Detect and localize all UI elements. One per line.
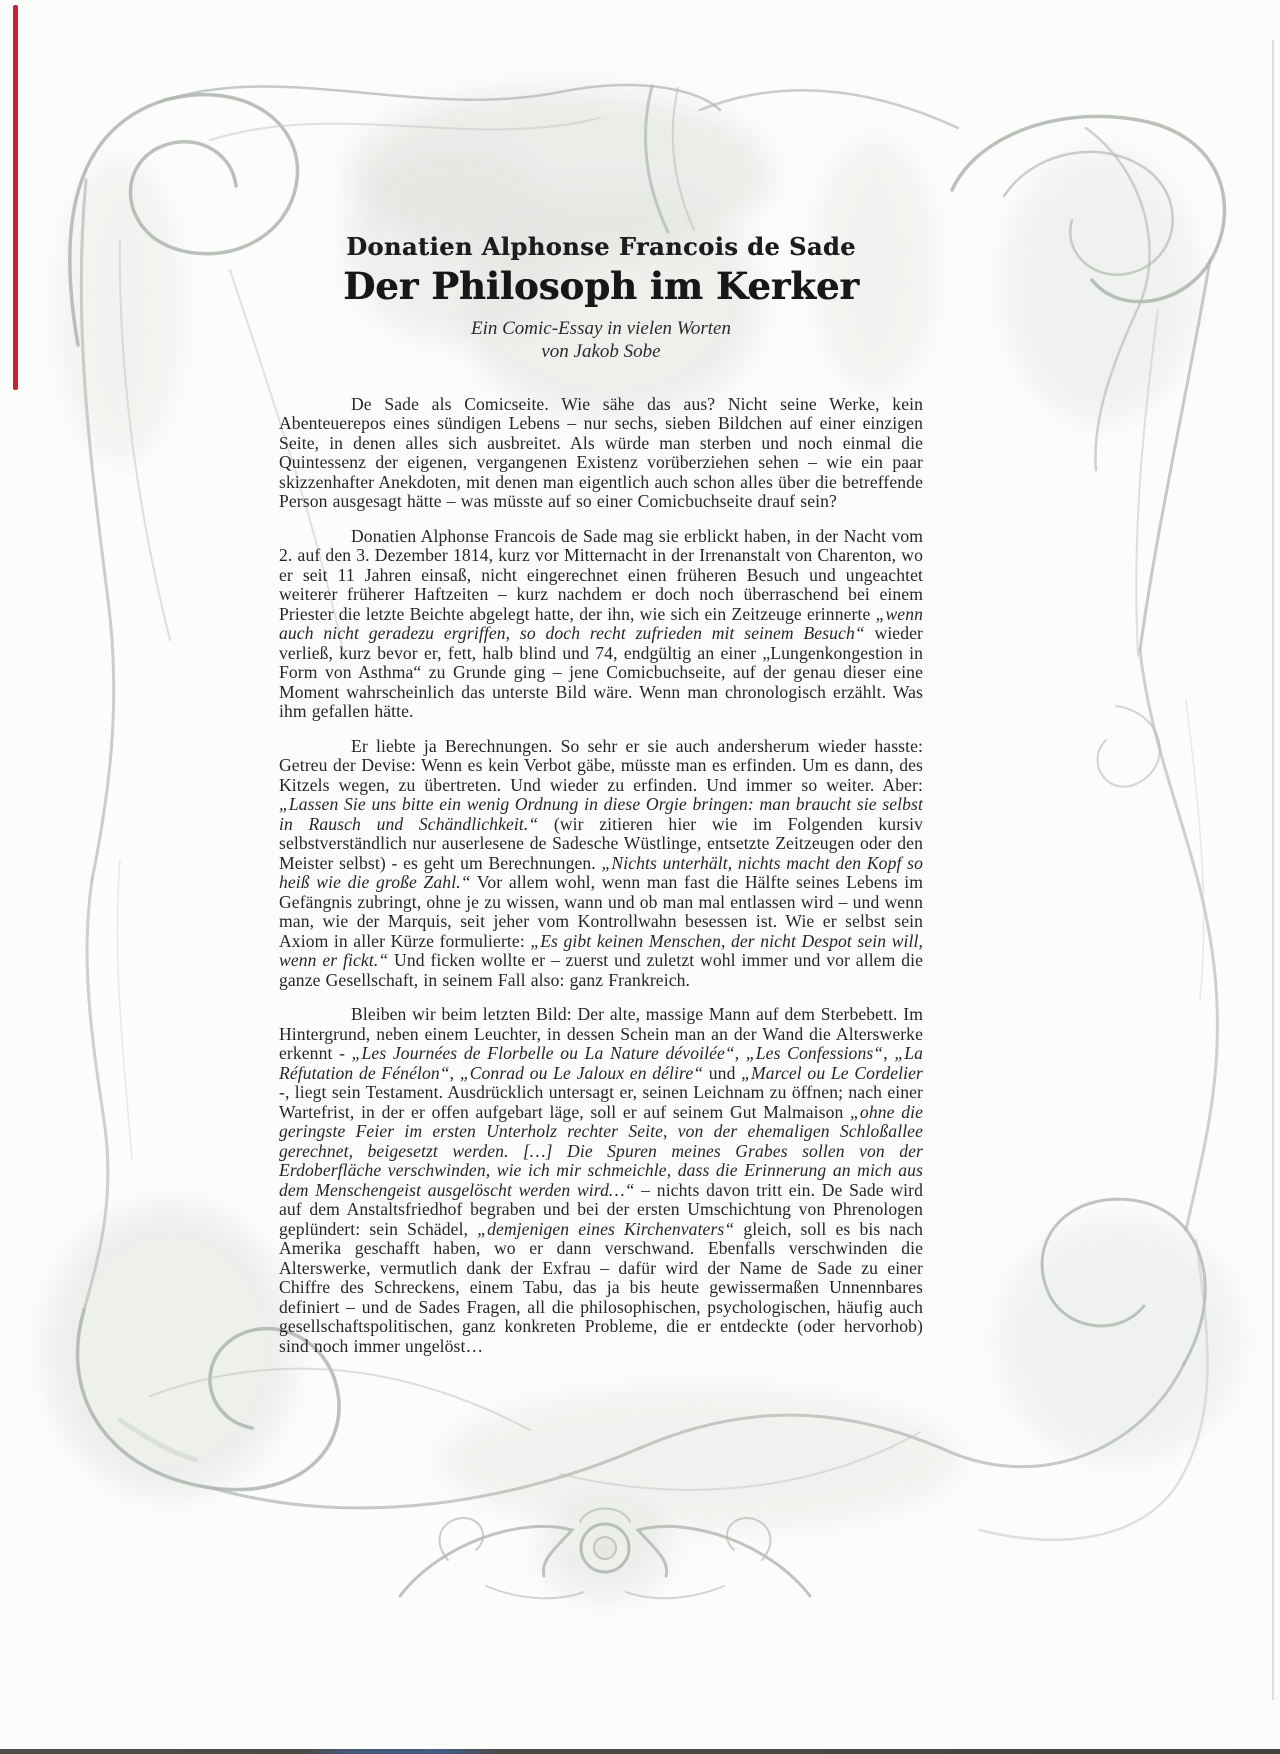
border-bottom-right-swirl — [980, 1199, 1208, 1540]
paragraph: Donatien Alphonse Francois de Sade mag s… — [279, 527, 923, 722]
essay-body: De Sade als Comicseite. Wie sähe das aus… — [279, 395, 923, 1357]
subtitle-line-2: von Jakob Sobe — [279, 340, 923, 363]
author-name: Donatien Alphonse Francois de Sade — [279, 234, 923, 260]
paragraph: Er liebte ja Berechnungen. So sehr er si… — [279, 737, 923, 991]
border-right-side — [1097, 650, 1217, 1230]
paragraph: Bleiben wir beim letzten Bild: Der alte,… — [279, 1005, 923, 1356]
paragraph: De Sade als Comicseite. Wie sähe das aus… — [279, 395, 923, 512]
border-top-right-swirl — [952, 116, 1225, 656]
border-bottom-edge — [560, 1364, 1184, 1490]
scanned-essay-page: Donatien Alphonse Francois de Sade Der P… — [0, 0, 1280, 1754]
page-edge-shadow — [1272, 40, 1274, 1700]
page-title: Der Philosoph im Kerker — [279, 267, 923, 306]
title-block: Donatien Alphonse Francois de Sade Der P… — [279, 234, 923, 364]
subtitle: Ein Comic-Essay in vielen Worten von Jak… — [279, 317, 923, 363]
border-top-edge — [160, 85, 958, 232]
border-left-side — [84, 860, 132, 1310]
essay-content: Donatien Alphonse Francois de Sade Der P… — [279, 234, 923, 1356]
mask-ornament — [400, 1509, 810, 1599]
scan-edge-strip — [0, 1749, 1280, 1754]
subtitle-line-1: Ein Comic-Essay in vielen Worten — [279, 317, 923, 340]
red-margin-mark — [13, 5, 18, 390]
